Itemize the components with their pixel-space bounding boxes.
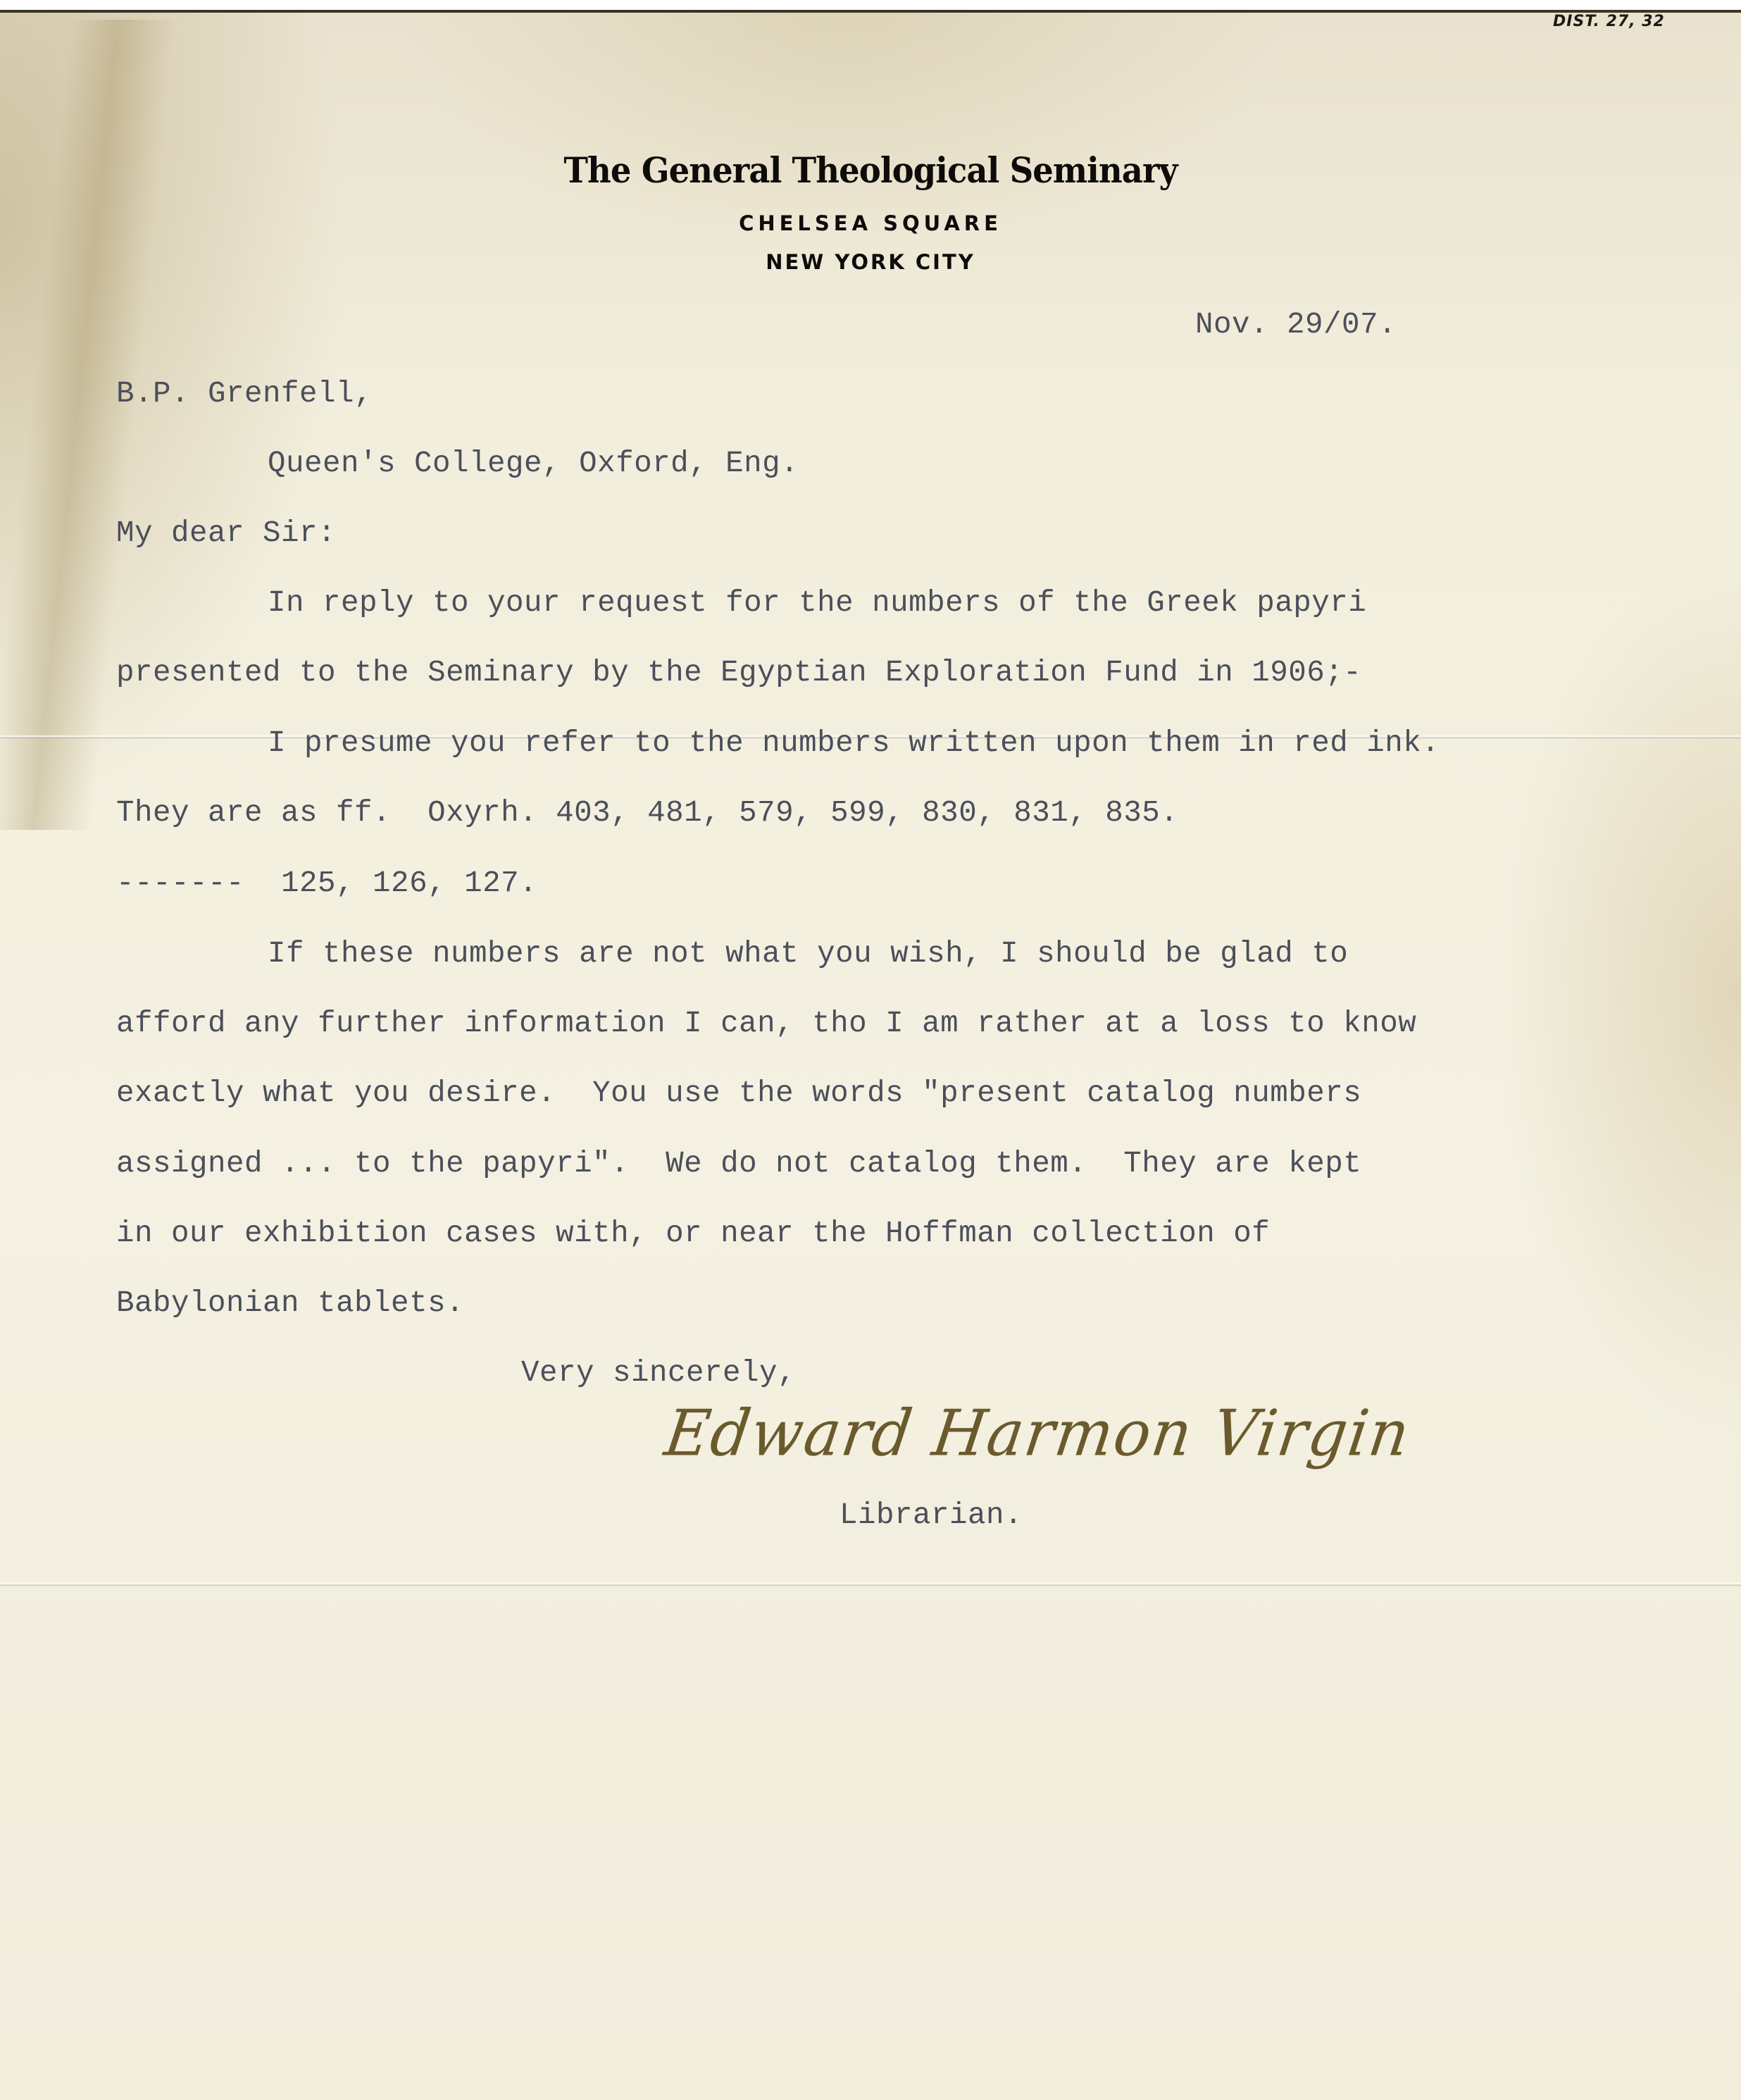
body-line: I presume you refer to the numbers writt… xyxy=(268,726,1440,760)
body-line: afford any further information I can, th… xyxy=(116,1007,1416,1040)
body-line: exactly what you desire. You use the wor… xyxy=(116,1076,1361,1110)
body-line: presented to the Seminary by the Egyptia… xyxy=(116,656,1361,690)
age-stain xyxy=(0,20,176,830)
body-line: Babylonian tablets. xyxy=(116,1286,464,1320)
handwritten-signature: Edward Harmon Virgin xyxy=(661,1397,1416,1471)
body-line: In reply to your request for the numbers… xyxy=(268,586,1366,620)
letter-date: Nov. 29/07. xyxy=(1195,308,1397,342)
recipient-address: Queen's College, Oxford, Eng. xyxy=(268,447,799,480)
letterhead-city: NEW YORK CITY xyxy=(0,250,1741,274)
closing: Very sincerely, xyxy=(521,1356,796,1390)
signer-title: Librarian. xyxy=(840,1498,1023,1532)
body-line: ------- 125, 126, 127. xyxy=(116,866,537,900)
body-line: in our exhibition cases with, or near th… xyxy=(116,1217,1270,1250)
archive-mark: DIST. 27, 32 xyxy=(1553,13,1665,30)
letter-page xyxy=(0,10,1741,2100)
letterhead-institution: The General Theological Seminary xyxy=(61,149,1680,191)
recipient-name: B.P. Grenfell, xyxy=(116,377,373,411)
fold-line xyxy=(0,1582,1741,1586)
salutation: My dear Sir: xyxy=(116,516,336,550)
letterhead-street: CHELSEA SQUARE xyxy=(0,211,1741,235)
body-line: assigned ... to the papyri". We do not c… xyxy=(116,1147,1361,1181)
body-line: They are as ff. Oxyrh. 403, 481, 579, 59… xyxy=(116,796,1178,830)
body-line: If these numbers are not what you wish, … xyxy=(268,937,1348,971)
